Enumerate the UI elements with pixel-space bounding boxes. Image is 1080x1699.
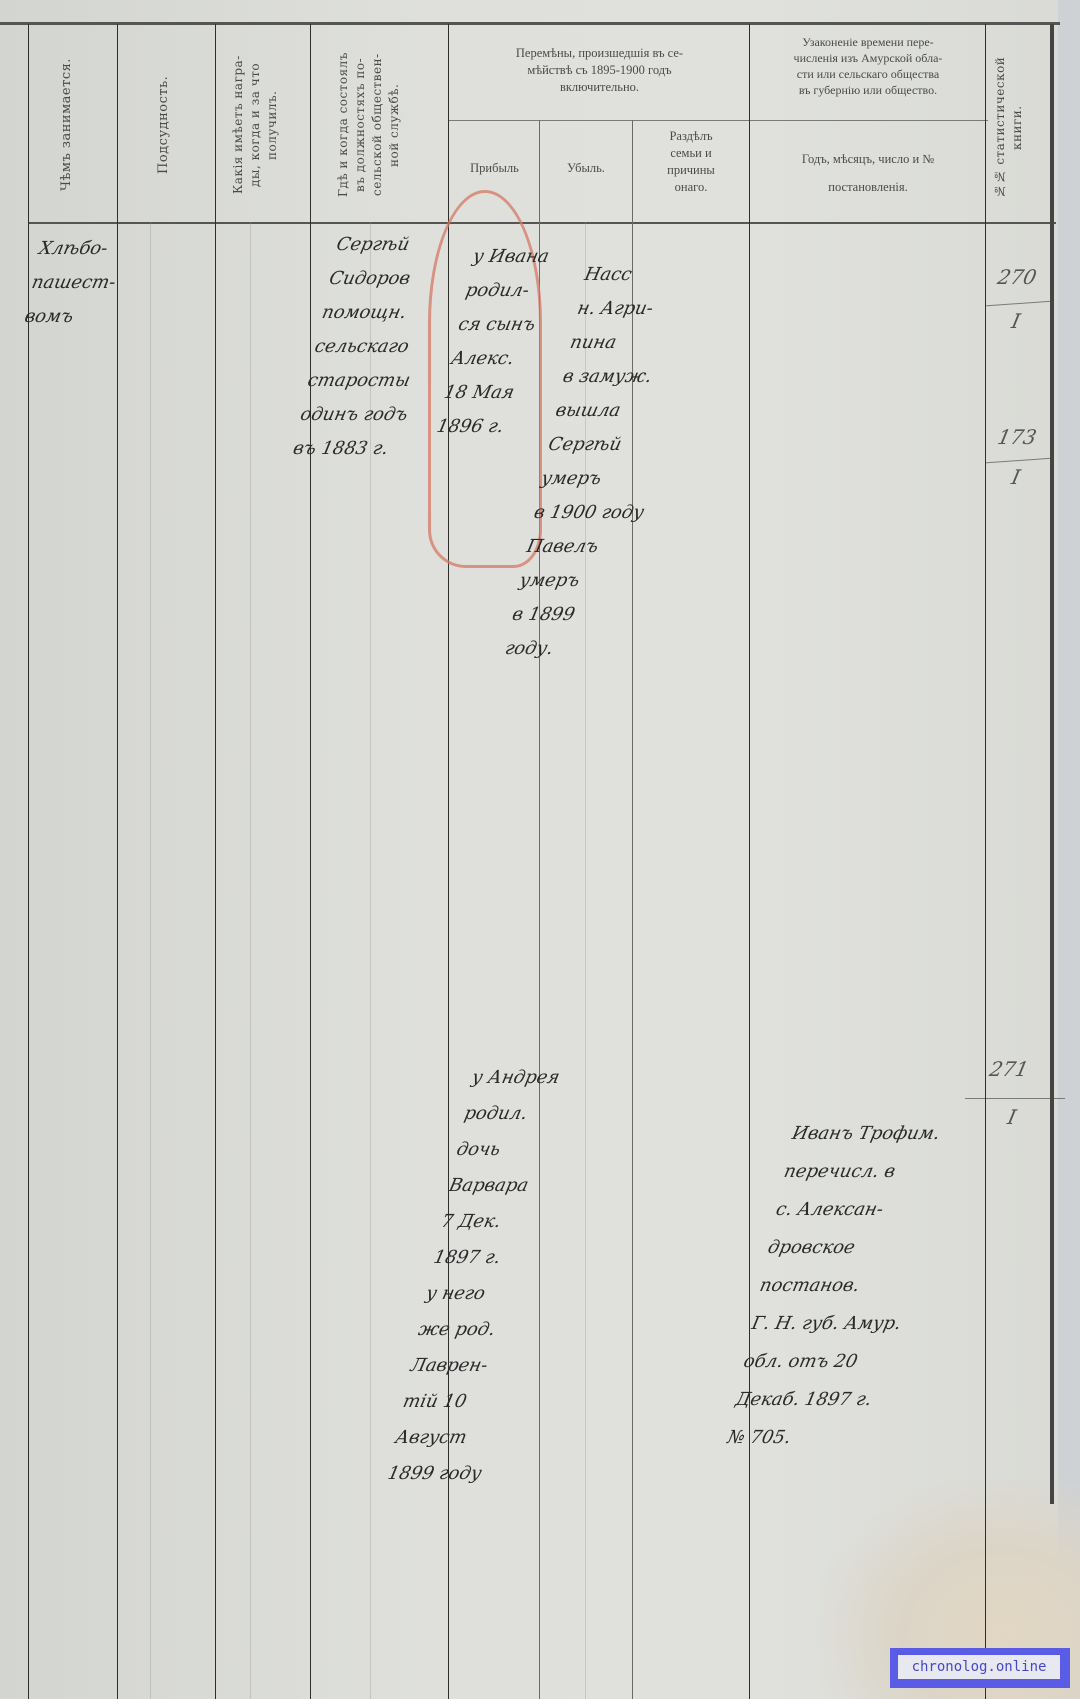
- watermark-badge: chronolog.online: [890, 1648, 1070, 1688]
- watermark-text: chronolog.online: [898, 1655, 1060, 1679]
- header-stat-book: №№ статистической книги.: [992, 40, 1026, 215]
- header-awards: Какія имѣетъ награ- ды, когда и за что п…: [230, 36, 281, 214]
- header-jurisdiction: Подсудность.: [155, 40, 172, 210]
- header-loss: Убыль.: [540, 160, 632, 177]
- col-rule: [215, 24, 216, 1699]
- stat-number-1: 270: [994, 258, 1040, 296]
- header-bottom-rule: [28, 222, 1056, 224]
- col-rule: [28, 24, 29, 1699]
- col-rule: [985, 24, 986, 1699]
- stat-number-3: 271: [986, 1050, 1032, 1088]
- header-division: Раздѣлъ семьи и причины онаго.: [633, 128, 749, 196]
- header-top-rule: [0, 22, 1060, 25]
- entry-resolution-2: Иванъ Трофим. перечисл. в с. Алексан- др…: [724, 1115, 1027, 1457]
- entry-gain-2: у Андрея родил. дочь Варвара 7 Дек. 1897…: [384, 1060, 606, 1492]
- header-resolution: Годъ, мѣсяцъ, число и № постановленія.: [752, 145, 984, 201]
- header-service: Гдѣ и когда состоялъ въ должностяхъ по- …: [335, 36, 403, 214]
- register-page: Чѣмъ занимается. Подсудность. Какія имѣе…: [0, 0, 1080, 1699]
- col-rule: [1050, 24, 1054, 1504]
- col-rule: [310, 24, 311, 1699]
- stat-sub-2: I: [1008, 458, 1024, 496]
- header-gain: Прибыль: [450, 160, 539, 177]
- page-edge: [1058, 0, 1080, 1699]
- header-occupation: Чѣмъ занимается.: [58, 40, 75, 210]
- header-legalization-group: Узаконеніе времени пере- численія изъ Ам…: [752, 34, 984, 98]
- header-changes-group: Перемѣны, произшедшія въ се- мѣйствѣ съ …: [452, 45, 747, 96]
- header-mid-rule: [448, 120, 988, 121]
- stat-number-2: 173: [994, 418, 1040, 456]
- stat-sub-1: I: [1008, 302, 1024, 340]
